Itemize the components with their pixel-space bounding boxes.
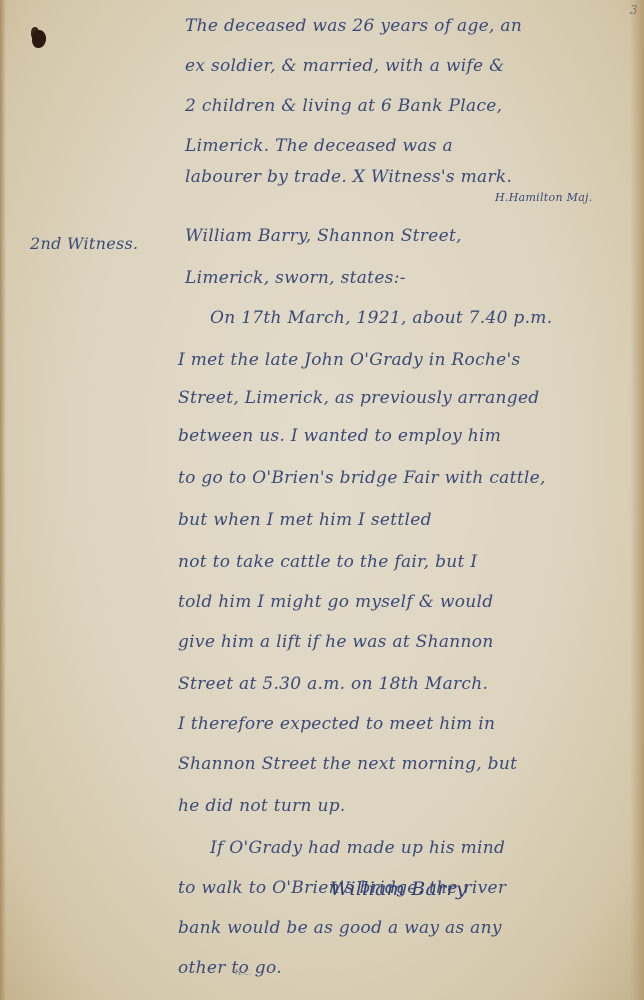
officer-initials: H.Hamilton Maj. — [495, 192, 593, 203]
text-line: Limerick, sworn, states:- — [185, 270, 406, 287]
text-line: If O'Grady had made up his mind — [210, 840, 505, 857]
margin-note: 2nd Witness. — [30, 236, 138, 252]
punch-hole — [32, 30, 46, 48]
text-line: Limerick. The deceased was a — [185, 138, 453, 155]
text-line: On 17th March, 1921, about 7.40 p.m. — [210, 310, 552, 327]
text-line: ex soldier, & married, with a wife & — [185, 58, 505, 75]
witness-signature: William Barry — [330, 880, 467, 899]
text-line: give him a lift if he was at Shannon — [178, 634, 494, 651]
document-page: 3 2nd Witness. The deceased was 26 years… — [0, 0, 644, 1000]
text-line: 2 children & living at 6 Bank Place, — [185, 98, 502, 115]
text-line: The deceased was 26 years of age, an — [185, 18, 522, 35]
text-line: labourer by trade. X Witness's mark. — [185, 169, 512, 186]
text-line: I therefore expected to meet him in — [178, 716, 495, 733]
text-line: but when I met him I settled — [178, 512, 432, 529]
text-line: Street, Limerick, as previously arranged — [178, 390, 540, 407]
text-line: bank would be as good a way as any — [178, 920, 502, 937]
text-line: other to go. — [178, 960, 282, 977]
text-line: between us. I wanted to employ him — [178, 428, 501, 445]
text-line: to go to O'Brien's bridge Fair with catt… — [178, 470, 546, 487]
text-line: he did not turn up. — [178, 798, 346, 815]
text-line: not to take cattle to the fair, but I — [178, 554, 477, 571]
text-line: I met the late John O'Grady in Roche's — [178, 352, 521, 369]
footer-stamp: N.C. — [235, 968, 252, 977]
text-line: told him I might go myself & would — [178, 594, 493, 611]
text-line: Shannon Street the next morning, but — [178, 756, 517, 773]
page-number: 3 — [630, 3, 638, 17]
text-line: Street at 5.30 a.m. on 18th March. — [178, 676, 488, 693]
text-line: William Barry, Shannon Street, — [185, 228, 462, 245]
